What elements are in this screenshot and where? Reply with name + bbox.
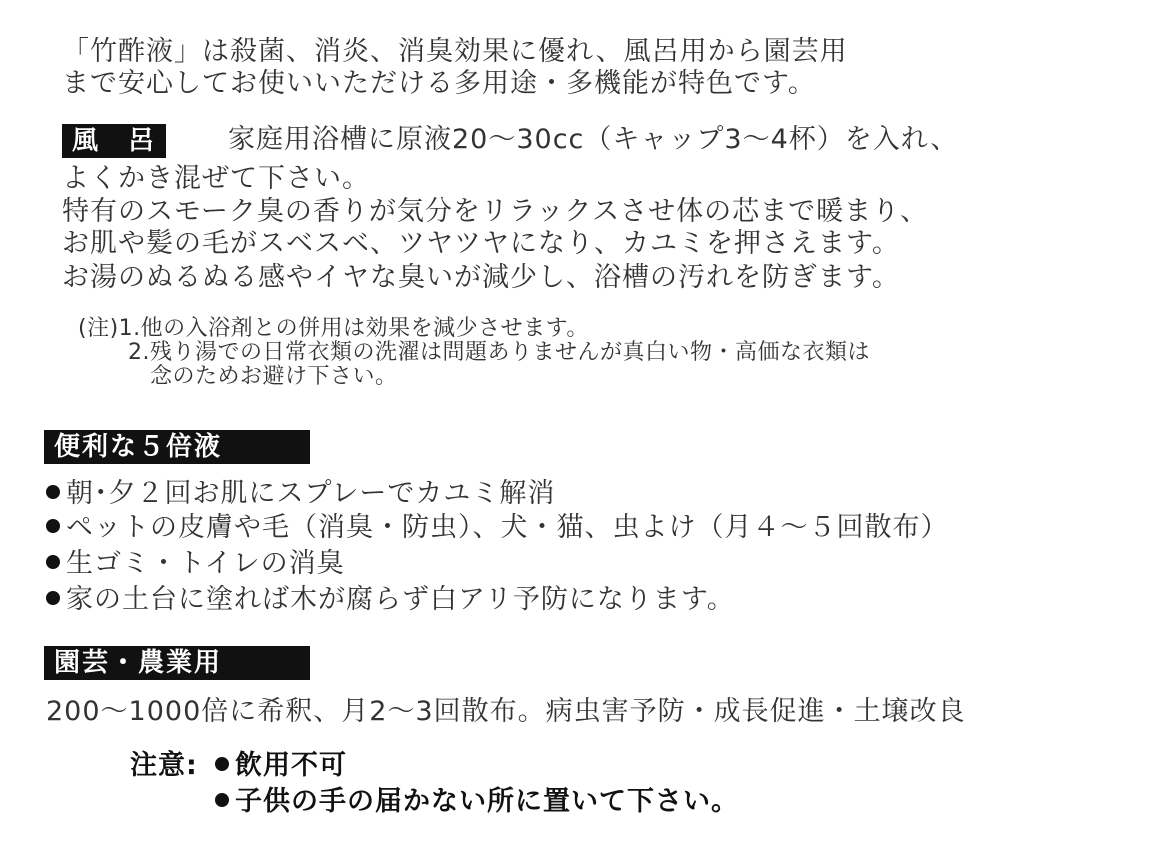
- garden-line-1: 200～1000倍に希釈、月2～3回散布。病虫害予防・成長促進・土壌改良: [46, 696, 966, 728]
- bath-line-2: よくかき混ぜて下さい。: [62, 163, 370, 195]
- bath-line-3: 特有のスモーク臭の香りが気分をリラックスさせ体の芯まで暖まり、: [62, 196, 928, 228]
- caution-label: 注意:: [130, 750, 198, 782]
- diluted-item-text: 生ゴミ・トイレの消臭: [66, 548, 345, 579]
- bullet-icon: [46, 485, 60, 499]
- diluted-item: 朝･夕２回お肌にスプレーでカユミ解消: [46, 478, 555, 510]
- bath-header: 風 呂: [62, 124, 166, 158]
- bullet-icon: [46, 519, 60, 533]
- bath-line-4: お肌や髪の毛がスベスベ、ツヤツヤになり、カユミを押さえます。: [62, 228, 900, 260]
- bath-note-1: (注)1.他の入浴剤との併用は効果を減少させます。: [78, 316, 589, 342]
- diluted-item-text: ペットの皮膚や毛（消臭・防虫）、犬・猫、虫よけ（月４～５回散布）: [66, 512, 949, 543]
- bullet-icon: [215, 757, 229, 771]
- bullet-icon: [46, 591, 60, 605]
- bath-note-3: 念のためお避け下さい。: [150, 364, 398, 390]
- caution-item: 飲用不可: [215, 750, 347, 782]
- caution-item-text: 子供の手の届かない所に置いて下さい。: [235, 786, 739, 817]
- diluted-header: 便利な５倍液: [44, 430, 310, 464]
- intro-line-1: 「竹酢液」は殺菌、消炎、消臭効果に優れ、風呂用から園芸用: [62, 36, 848, 68]
- bath-line-1: 家庭用浴槽に原液20～30cc（キャップ3～4杯）を入れ、: [228, 124, 958, 156]
- bath-line-5: お湯のぬるぬる感やイヤな臭いが減少し、浴槽の汚れを防ぎます。: [62, 262, 900, 294]
- caution-item-text: 飲用不可: [235, 750, 347, 781]
- garden-header: 園芸・農業用: [44, 646, 310, 680]
- intro-line-2: まで安心してお使いいただける多用途・多機能が特色です。: [62, 68, 816, 100]
- diluted-item-text: 朝･夕２回お肌にスプレーでカユミ解消: [66, 478, 555, 509]
- bullet-icon: [46, 555, 60, 569]
- diluted-item: 家の土台に塗れば木が腐らず白アリ予防になります。: [46, 584, 735, 616]
- diluted-item-text: 家の土台に塗れば木が腐らず白アリ予防になります。: [66, 584, 735, 615]
- bath-note-2: 2.残り湯での日常衣類の洗濯は問題ありませんが真白い物・高価な衣類は: [128, 340, 870, 366]
- caution-item: 子供の手の届かない所に置いて下さい。: [215, 786, 739, 818]
- bullet-icon: [215, 793, 229, 807]
- diluted-item: ペットの皮膚や毛（消臭・防虫）、犬・猫、虫よけ（月４～５回散布）: [46, 512, 949, 544]
- diluted-item: 生ゴミ・トイレの消臭: [46, 548, 345, 580]
